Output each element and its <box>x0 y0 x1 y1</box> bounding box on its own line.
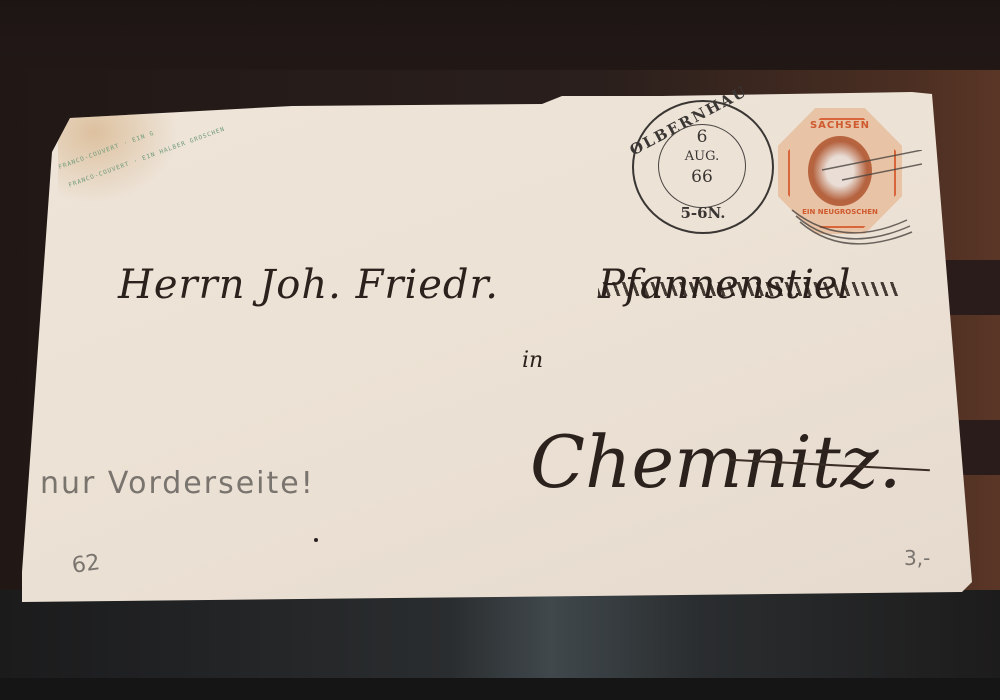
pencil-number: 62 <box>70 550 101 579</box>
postmark-inner-ring: 6 AUG. 66 <box>658 124 746 208</box>
cancellation-lines <box>782 150 922 250</box>
postmark-year: 66 <box>659 167 745 187</box>
pencil-note: nur Vorderseite! <box>40 466 315 501</box>
strike-through-scribble <box>598 282 898 296</box>
address-city: Chemnitz. <box>530 420 902 504</box>
addressee-name: Herrn Joh. Friedr. <box>118 262 499 308</box>
album-ledge <box>0 678 1000 700</box>
ink-dot <box>314 538 318 542</box>
postmark-day: 6 <box>659 127 745 147</box>
postmark-time: 5-6N. <box>634 204 772 222</box>
pencil-price: 3,- <box>904 546 930 570</box>
postmark-month: AUG. <box>659 149 745 164</box>
address-preposition: in <box>522 348 543 373</box>
postmark: OLBERNHAU 6 AUG. 66 5-6N. <box>632 100 774 234</box>
